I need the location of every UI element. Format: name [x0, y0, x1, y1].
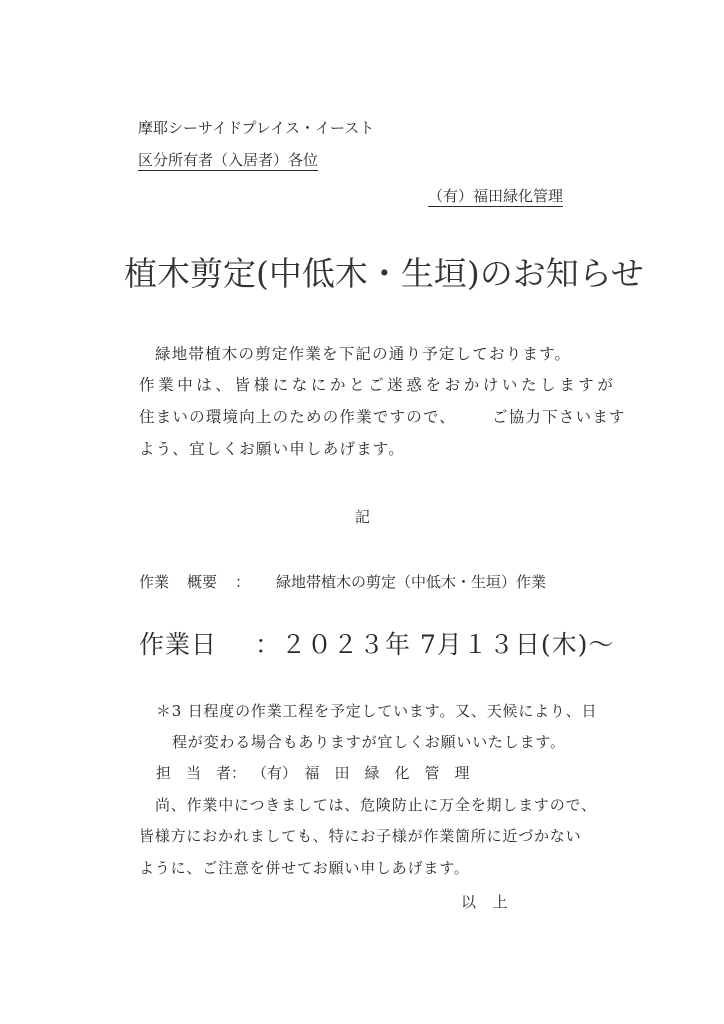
- work-summary-row: 作業概要：緑地帯植木の剪定（中低木・生垣）作業: [139, 575, 546, 590]
- staff-label: 担 当 者：: [156, 764, 246, 782]
- staff-row: 担 当 者：（有） 福 田 緑 化 管 理: [156, 766, 470, 781]
- intro-line-1: 緑地帯植木の剪定作業を下記の通り予定しております。: [155, 347, 571, 363]
- intro-line-3: 住まいの環境向上のための作業ですので、ご協力下さいます: [139, 410, 626, 426]
- work-day-value: ：２０２３年 7月１３日(木)～: [255, 630, 614, 659]
- work-day-row: 作業日：２０２３年 7月１３日(木)～: [139, 632, 614, 657]
- work-summary-label-2: 概要: [187, 573, 217, 591]
- sender-company: （有）福田緑化管理: [428, 189, 587, 204]
- recipient-addressee: 区分所有者（入居者）各位: [138, 153, 318, 168]
- caution-line-2: 皆様方におかれましても、特にお子様が作業箇所に近づかない: [139, 829, 581, 844]
- intro-line-3b: ご協力下さいます: [492, 408, 626, 426]
- staff-value: （有） 福 田 緑 化 管 理: [252, 764, 470, 782]
- work-summary-colon: ：: [235, 573, 250, 591]
- work-day-label: 作業日: [139, 630, 217, 659]
- caution-line-3: ように、ご注意を併せてお願い申しあげます。: [139, 861, 470, 876]
- caution-line-1: 尚、作業中につきましては、危険防止に万全を期しますので、: [155, 798, 597, 813]
- recipient-building: 摩耶シーサイドプレイス・イースト: [138, 121, 374, 136]
- notice-title: 植木剪定(中低木・生垣)のお知らせ: [124, 257, 644, 290]
- intro-line-2: 作業中は、皆様になにかとご迷惑をおかけいたしますが: [139, 378, 617, 394]
- work-summary-value: 緑地帯植木の剪定（中低木・生垣）作業: [276, 573, 546, 591]
- sender-company-name: （有）福田緑化管理: [428, 187, 563, 205]
- intro-line-4: よう、宜しくお願い申しあげます。: [139, 442, 405, 458]
- ki-heading: 記: [355, 510, 370, 525]
- work-summary-label-1: 作業: [139, 573, 169, 591]
- closing: 以 上: [461, 895, 508, 910]
- intro-line-3a: 住まいの環境向上のための作業ですので、: [139, 408, 456, 426]
- note-line-2: 程が変わる場合もありますが宜しくお願いいたします。: [172, 735, 566, 750]
- note-line-1: ＊3 日程度の作業工程を予定しています。又、天候により、日: [156, 704, 597, 719]
